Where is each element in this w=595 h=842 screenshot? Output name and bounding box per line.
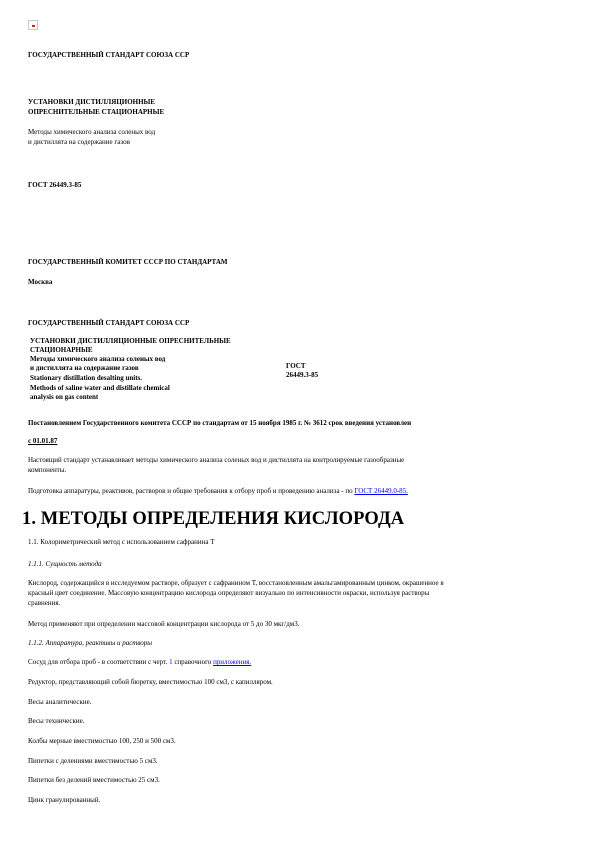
header-english-line3: analysis on gas content: [30, 393, 98, 402]
gost-number: ГОСТ 26449.3-85: [28, 180, 81, 190]
method-range: Метод применяют при определении массовой…: [28, 619, 299, 629]
vessel-text: Сосуд для отбора проб - в соответствии с…: [28, 658, 169, 666]
prep-paragraph: Подготовка аппаратуры, реактивов, раство…: [28, 486, 408, 496]
list-item: Весы технические.: [28, 716, 85, 726]
header-gost-number: 26449.3-85: [286, 371, 318, 380]
list-item: Цинк гранулированный.: [28, 795, 100, 805]
gost-26449-0-link[interactable]: ГОСТ 26449.0-85.: [354, 487, 408, 495]
effective-date: с 01.01.87: [28, 436, 57, 446]
header-subtitle-line2: и дистиллята на содержание газов: [30, 364, 139, 373]
header-gost: ГОСТ 26449.3-85: [286, 362, 318, 380]
list-item: Колбы мерные вместимостью 100, 250 и 500…: [28, 736, 176, 746]
header-title-line2: СТАЦИОНАРНЫЕ: [30, 346, 93, 355]
header-subtitle-line1: Методы химического анализа соленых вод: [30, 355, 165, 364]
appendix-link[interactable]: приложения.: [213, 658, 251, 666]
list-item: Весы аналитические.: [28, 697, 92, 707]
decree-text: Постановлением Государственного комитета…: [28, 418, 411, 428]
scope-text-line1: Настоящий стандарт устанавливает методы …: [28, 455, 404, 465]
section-heading: 1. МЕТОДЫ ОПРЕДЕЛЕНИЯ КИСЛОРОДА: [22, 509, 404, 530]
header-title-line1: УСТАНОВКИ ДИСТИЛЛЯЦИОННЫЕ ОПРЕСНИТЕЛЬНЫЕ: [30, 337, 231, 346]
essence-line3: сравнения.: [28, 598, 60, 608]
essence-line2: красный цвет соединение. Массовую концен…: [28, 588, 429, 598]
city: Москва: [28, 277, 52, 287]
subsection-1-1: 1.1. Колориметрический метод с использов…: [28, 537, 215, 547]
header-english-line2: Methods of saline water and distillate c…: [30, 384, 170, 393]
doc-title-line2: ОПРЕСНИТЕЛЬНЫЕ СТАЦИОНАРНЫЕ: [28, 107, 164, 117]
doc-title-line1: УСТАНОВКИ ДИСТИЛЛЯЦИОННЫЕ: [28, 97, 155, 107]
prep-text: Подготовка аппаратуры, реактивов, раство…: [28, 487, 354, 495]
state-standard-title: ГОСУДАРСТВЕННЫЙ СТАНДАРТ СОЮЗА ССР: [28, 50, 189, 60]
essence-line1: Кислород, содержащийся в исследуемом рас…: [28, 578, 444, 588]
header-gost-label: ГОСТ: [286, 362, 318, 371]
vessel-paragraph: Сосуд для отбора проб - в соответствии с…: [28, 657, 251, 667]
list-item: Пипетки без делений вместимостью 25 см3.: [28, 775, 160, 785]
scope-text-line2: компоненты.: [28, 465, 66, 475]
list-item: Пипетки с делениями вместимостью 5 см3.: [28, 756, 158, 766]
header-english-line1: Stationary distillation desalting units.: [30, 374, 142, 383]
committee-name: ГОСУДАРСТВЕННЫЙ КОМИТЕТ СССР ПО СТАНДАРТ…: [28, 257, 228, 267]
subsection-1-1-2: 1.1.2. Аппаратура, реактивы и растворы: [28, 638, 152, 648]
subsection-1-1-1: 1.1.1. Сущность метода: [28, 559, 102, 569]
vessel-mid-text: справочного: [173, 658, 214, 666]
doc-subtitle-line1: Методы химического анализа соленых вод: [28, 127, 155, 137]
doc-subtitle-line2: и дистиллята на содержание газов: [28, 137, 130, 147]
list-item: Редуктор, представляющий собой бюретку, …: [28, 677, 273, 687]
broken-image-icon: [28, 20, 38, 30]
state-standard-title-2: ГОСУДАРСТВЕННЫЙ СТАНДАРТ СОЮЗА ССР: [28, 318, 189, 328]
